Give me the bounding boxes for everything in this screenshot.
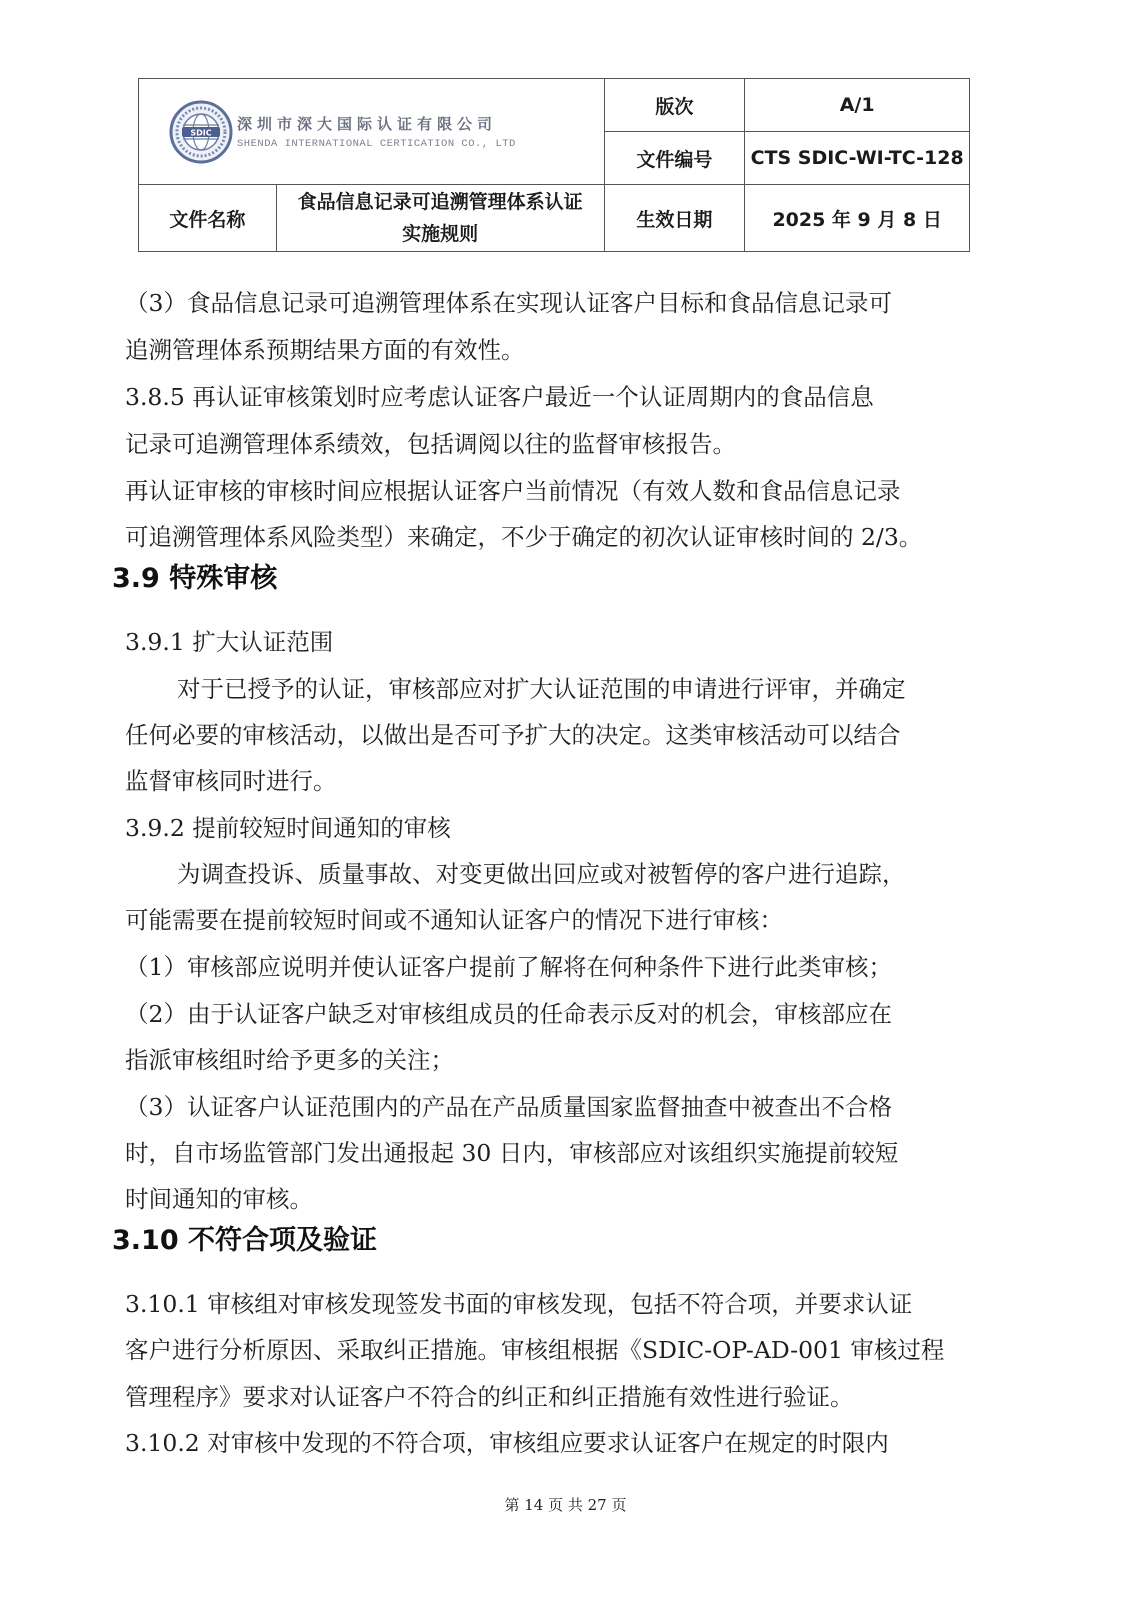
paragraph-line: 时，自市场监管部门发出通报起 30 日内，审核部应对该组织实施提前较短 (125, 1138, 898, 1168)
paragraph-line: 客户进行分析原因、采取纠正措施。审核组根据《SDIC-OP-AD-001 审核过… (125, 1335, 944, 1365)
paragraph-line: 指派审核组时给予更多的关注； (125, 1045, 454, 1075)
company-name-en: SHENDA INTERNATIONAL CERTICATION CO., LT… (237, 138, 516, 150)
list-item-2: （2）由于认证客户缺乏对审核组成员的任命表示反对的机会，审核部应在 (125, 999, 892, 1029)
paragraph-line: 3.10.2 对审核中发现的不符合项，审核组应要求认证客户在规定的时限内 (125, 1428, 889, 1458)
paragraph-line: 可能需要在提前较短时间或不通知认证客户的情况下进行审核： (125, 905, 783, 935)
list-item-1: （1）审核部应说明并使认证客户提前了解将在何种条件下进行此类审核； (125, 952, 892, 982)
paragraph-line: 时间通知的审核。 (125, 1184, 313, 1214)
paragraph-line: 再认证审核的审核时间应根据认证客户当前情况（有效人数和食品信息记录 (125, 476, 901, 506)
heading-3-10: 3.10 不符合项及验证 (112, 1218, 377, 1257)
paragraph-line: 为调查投诉、质量事故、对变更做出回应或对被暂停的客户进行追踪， (177, 859, 906, 889)
list-item-3: （3）认证客户认证范围内的产品在产品质量国家监督抽查中被查出不合格 (125, 1092, 892, 1122)
paragraph-line: 记录可追溯管理体系绩效，包括调阅以往的监督审核报告。 (125, 429, 736, 459)
document-page: SDIC 深圳市深大国际认证有限公司 SHENDA INTERNATIONAL … (0, 0, 1131, 1600)
doc-name-label: 文件名称 (139, 185, 277, 252)
doc-name-value: 食品信息记录可追溯管理体系认证 实施规则 (276, 185, 604, 252)
svg-text:SDIC: SDIC (190, 128, 211, 137)
doc-number-value: CTS SDIC-WI-TC-128 (745, 132, 970, 185)
doc-name-line-2: 实施规则 (277, 218, 604, 250)
sdic-logo-icon: SDIC (169, 100, 233, 164)
company-name-cn: 深圳市深大国际认证有限公司 (237, 113, 516, 134)
paragraph-line: 对于已授予的认证，审核部应对扩大认证范围的申请进行评审，并确定 (177, 674, 906, 704)
subsection-title-3-9-2: 3.9.2 提前较短时间通知的审核 (125, 813, 451, 843)
paragraph-line: 任何必要的审核活动，以做出是否可予扩大的决定。这类审核活动可以结合 (125, 720, 901, 750)
paragraph-line: 监督审核同时进行。 (125, 766, 337, 796)
doc-number-label: 文件编号 (604, 132, 745, 185)
doc-name-line-1: 食品信息记录可追溯管理体系认证 (277, 186, 604, 218)
paragraph-line: 追溯管理体系预期结果方面的有效性。 (125, 335, 525, 365)
effective-date-value: 2025 年 9 月 8 日 (745, 185, 970, 252)
version-label: 版次 (604, 79, 745, 132)
paragraph-line: 3.8.5 再认证审核策划时应考虑认证客户最近一个认证周期内的食品信息 (125, 382, 874, 412)
company-logo-cell: SDIC 深圳市深大国际认证有限公司 SHENDA INTERNATIONAL … (139, 79, 605, 185)
document-header-table: SDIC 深圳市深大国际认证有限公司 SHENDA INTERNATIONAL … (138, 78, 970, 252)
heading-3-9: 3.9 特殊审核 (112, 556, 277, 595)
subsection-title-3-9-1: 3.9.1 扩大认证范围 (125, 627, 333, 657)
paragraph-line: 3.10.1 审核组对审核发现签发书面的审核发现，包括不符合项，并要求认证 (125, 1289, 912, 1319)
version-value: A/1 (745, 79, 970, 132)
paragraph-line: （3）食品信息记录可追溯管理体系在实现认证客户目标和食品信息记录可 (125, 288, 892, 318)
page-number-footer: 第 14 页 共 27 页 (0, 1494, 1131, 1515)
paragraph-line: 管理程序》要求对认证客户不符合的纠正和纠正措施有效性进行验证。 (125, 1382, 854, 1412)
paragraph-line: 可追溯管理体系风险类型）来确定，不少于确定的初次认证审核时间的 2/3。 (125, 522, 922, 552)
effective-date-label: 生效日期 (604, 185, 745, 252)
